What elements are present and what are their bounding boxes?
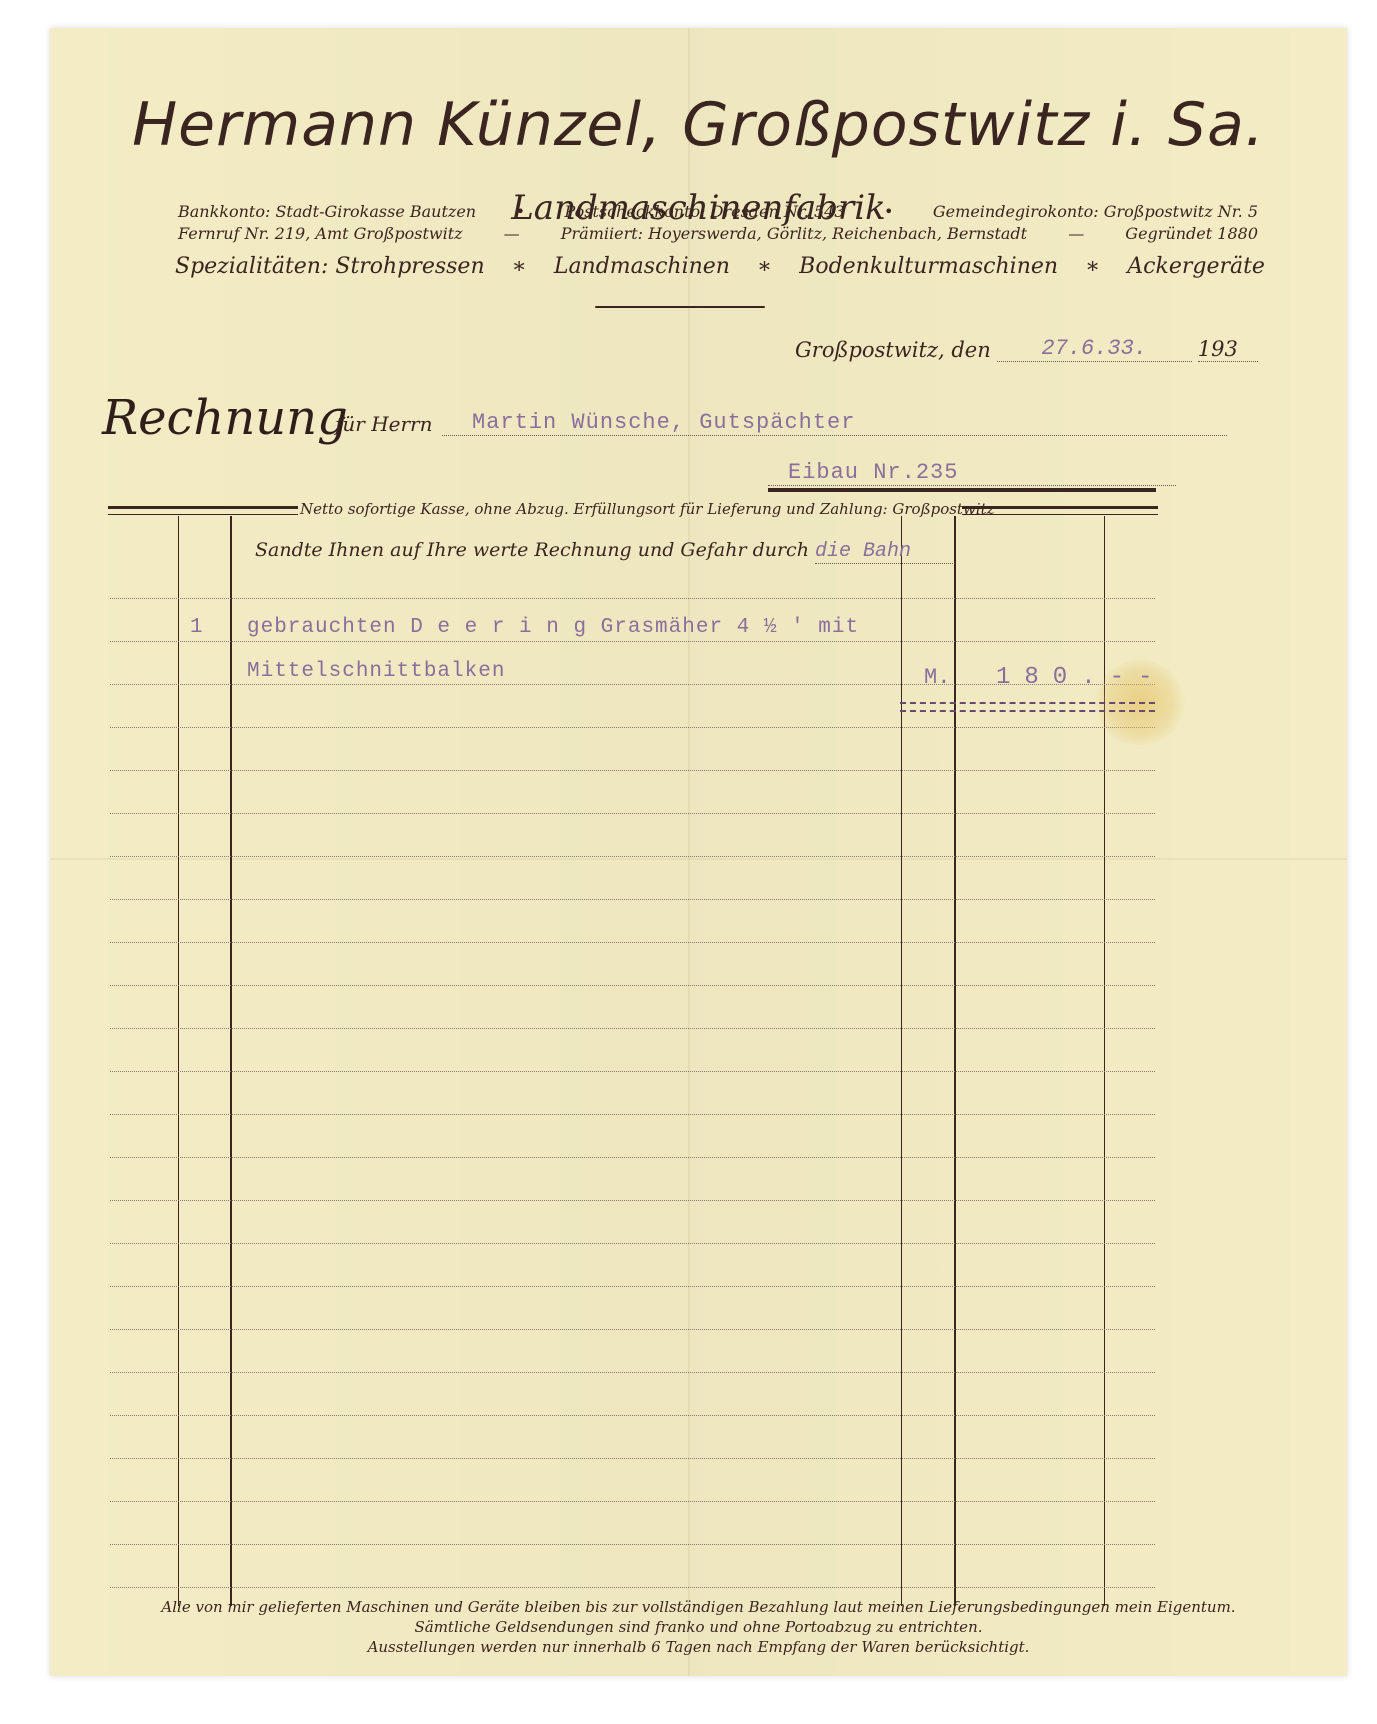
founded-info: Gegründet 1880	[1125, 224, 1258, 243]
row-line	[110, 1501, 1155, 1502]
column-divider-desc-right	[901, 516, 902, 1606]
row-line	[110, 1544, 1155, 1545]
row-line	[110, 1071, 1155, 1072]
specialty-item: Ackergeräte	[1127, 254, 1265, 279]
specialty-item: Landmaschinen	[554, 254, 730, 279]
row-line	[110, 1157, 1155, 1158]
shipping-method: die Bahn	[815, 540, 955, 564]
total-double-underline	[900, 702, 1155, 712]
row-line	[110, 770, 1155, 771]
contact-info-line: Fernruf Nr. 219, Amt Großpostwitz — Präm…	[178, 224, 1258, 243]
footer-complaints-clause: Ausstellungen werden nur innerhalb 6 Tag…	[50, 1638, 1347, 1656]
year-prefix: 193	[1198, 337, 1258, 362]
row-line	[110, 1372, 1155, 1373]
row-line	[110, 727, 1155, 728]
row-line	[110, 598, 1155, 599]
recipient-underline	[768, 488, 1156, 492]
fold-line-horizontal	[50, 858, 1347, 860]
recipient-address: Eibau Nr.235	[768, 460, 1176, 486]
municipal-giro-account: Gemeindegirokonto: Großpostwitz Nr. 5	[933, 202, 1258, 221]
footer-payment-clause: Sämtliche Geldsendungen sind franko und …	[50, 1618, 1347, 1636]
row-line	[110, 899, 1155, 900]
row-line	[110, 985, 1155, 986]
asterisk-separator: ∗	[757, 254, 772, 279]
row-line	[110, 1028, 1155, 1029]
row-line	[110, 856, 1155, 857]
specialty-item: Spezialitäten: Strohpressen	[175, 254, 485, 279]
postal-check-account: Postscheckkonto: Dresden Nr. 543	[564, 202, 844, 221]
footer-ownership-clause: Alle von mir gelieferten Maschinen und G…	[50, 1598, 1347, 1616]
row-line	[110, 1587, 1155, 1588]
header-divider	[595, 306, 765, 308]
column-divider-amount-left	[954, 516, 956, 1606]
bank-account: Bankkonto: Stadt-Girokasse Bautzen	[178, 202, 476, 221]
terms-rule-right	[962, 506, 1158, 515]
dash-separator: —	[1068, 224, 1084, 243]
awards-info: Prämiiert: Hoyerswerda, Görlitz, Reichen…	[561, 224, 1027, 243]
company-title: Hermann Künzel, Großpostwitz i. Sa.	[50, 90, 1347, 160]
terms-rule-left	[108, 506, 298, 515]
row-line	[110, 1286, 1155, 1287]
row-line	[110, 1458, 1155, 1459]
shipping-label: Sandte Ihnen auf Ihre werte Rechnung und…	[255, 539, 809, 561]
payment-terms: Netto sofortige Kasse, ohne Abzug. Erfül…	[300, 500, 995, 518]
specialties-line: Spezialitäten: Strohpressen ∗ Landmaschi…	[175, 254, 1265, 279]
invoice-paper: Hermann Künzel, Großpostwitz i. Sa. Land…	[50, 28, 1347, 1676]
item-quantity: 1	[190, 616, 203, 639]
row-line	[110, 1329, 1155, 1330]
bullet-separator: •	[884, 202, 893, 221]
bullet-separator: •	[516, 202, 525, 221]
column-divider-qty-left	[178, 516, 179, 1606]
phone-info: Fernruf Nr. 219, Amt Großpostwitz	[178, 224, 463, 243]
invoice-title: Rechnung	[102, 390, 348, 446]
column-divider-desc-left	[230, 516, 232, 1606]
row-line	[110, 813, 1155, 814]
recipient-name: Martin Wünsche, Gutspächter	[442, 410, 1227, 436]
bank-info-line: Bankkonto: Stadt-Girokasse Bautzen • Pos…	[178, 202, 1258, 221]
item-currency: M.	[924, 665, 950, 690]
asterisk-separator: ∗	[1085, 254, 1100, 279]
row-line	[110, 1243, 1155, 1244]
row-line	[110, 641, 1155, 642]
item-description-line1: gebrauchten D e e r i n g Grasmäher 4 ½ …	[247, 616, 859, 639]
date-value: 27.6.33.	[997, 336, 1192, 362]
row-line	[110, 1415, 1155, 1416]
for-label: für Herrn	[335, 412, 432, 436]
row-line	[110, 1200, 1155, 1201]
item-description-line2: Mittelschnittbalken	[247, 660, 505, 683]
row-line	[110, 1114, 1155, 1115]
asterisk-separator: ∗	[512, 254, 527, 279]
place-label: Großpostwitz, den	[795, 338, 991, 362]
shipping-line: Sandte Ihnen auf Ihre werte Rechnung und…	[255, 539, 955, 564]
date-row: Großpostwitz, den 27.6.33. 193	[795, 336, 1258, 362]
item-amount: 180.--	[996, 664, 1166, 691]
row-line	[110, 942, 1155, 943]
specialty-item: Bodenkulturmaschinen	[799, 254, 1058, 279]
dash-separator: —	[504, 224, 520, 243]
